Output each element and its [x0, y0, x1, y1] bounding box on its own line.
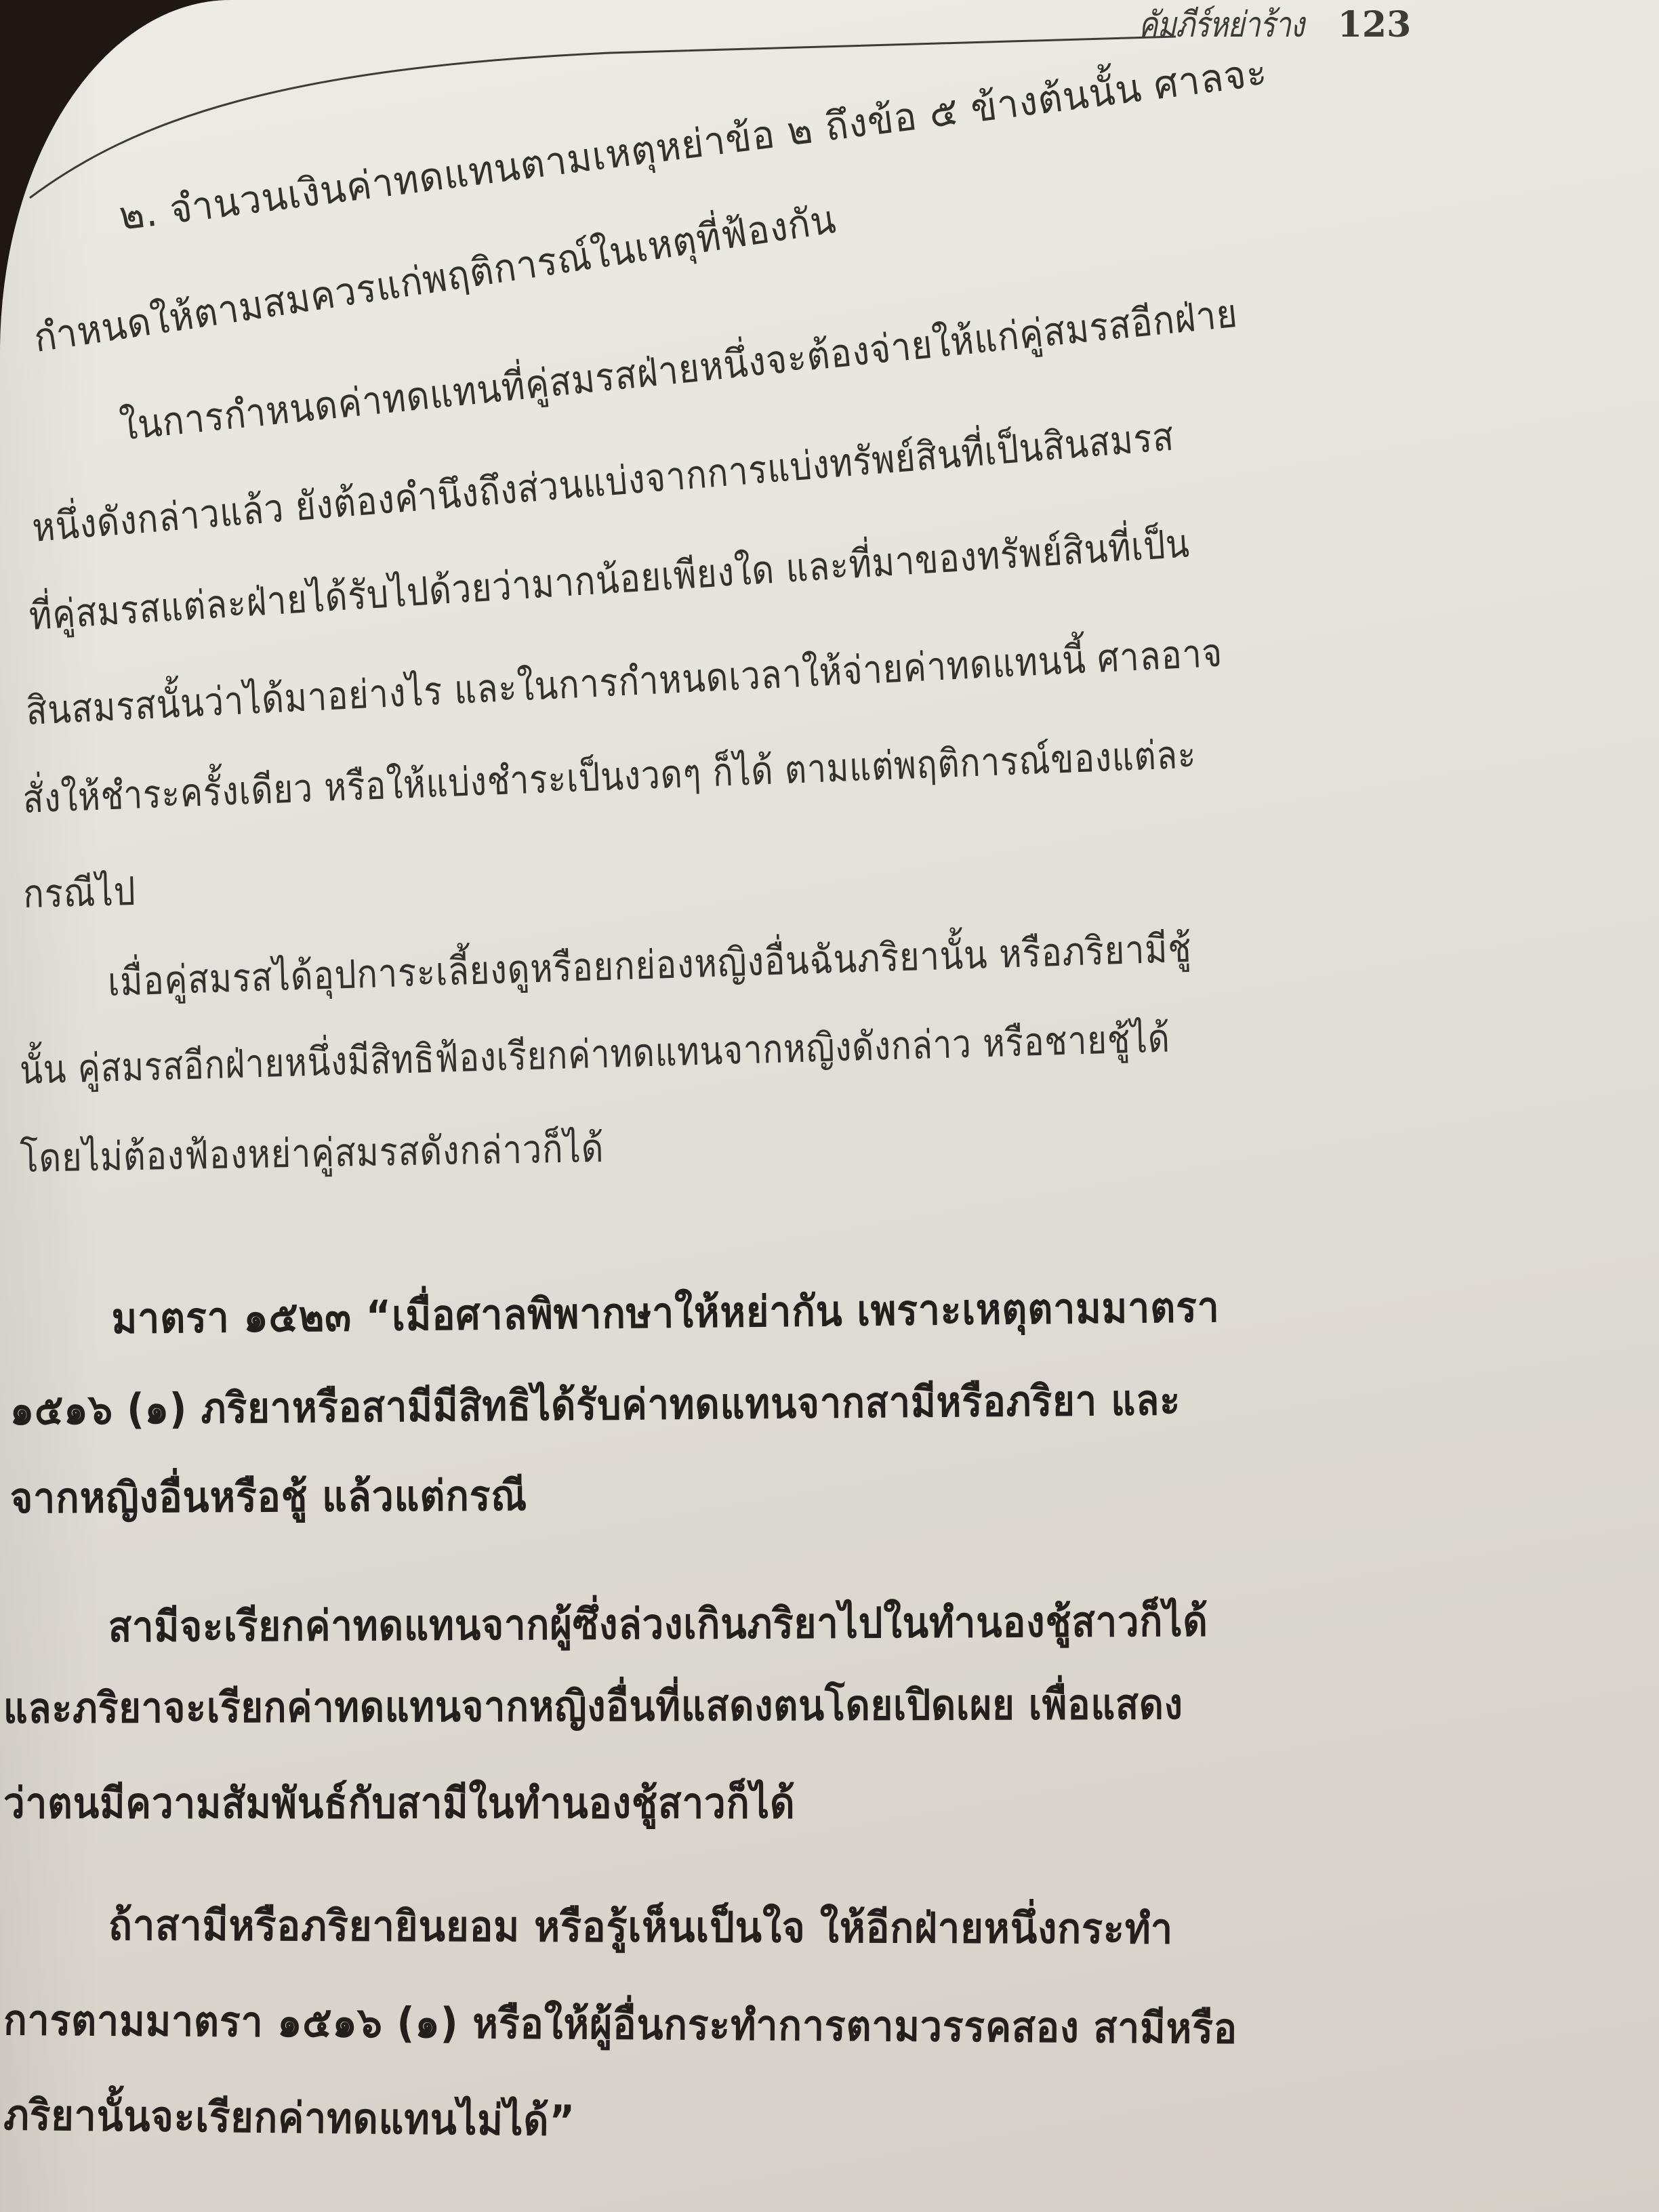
text-line: สามีจะเรียกค่าทดแทนจากผู้ซึ่งล่วงเกินภริ…: [108, 1601, 1208, 1648]
text-line: ๒. จำนวนเงินค่าทดแทนตามเหตุหย่าข้อ ๒ ถึง…: [117, 52, 1269, 236]
text-line: เมื่อคู่สมรสได้อุปการะเลี้ยงดูหรือยกย่อง…: [107, 928, 1192, 1002]
text-line: จากหญิงอื่นหรือชู้ แล้วแต่กรณี: [10, 1475, 528, 1519]
text-line: และภริยาจะเรียกค่าทดแทนจากหญิงอื่นที่แสด…: [3, 1683, 1183, 1729]
page-body: ๒. จำนวนเงินค่าทดแทนตามเหตุหย่าข้อ ๒ ถึง…: [0, 0, 1659, 2212]
photo-frame: คัมภีร์หย่าร้าง 123 ๒. จำนวนเงินค่าทดแทน…: [0, 0, 1659, 2212]
text-line: มาตรา ๑๕๒๓ “เมื่อศาลพิพากษาให้หย่ากัน เพ…: [111, 1286, 1220, 1340]
text-line: โดยไม่ต้องฟ้องหย่าคู่สมรสดังกล่าวก็ได้: [20, 1128, 605, 1178]
text-line: นั้น คู่สมรสอีกฝ่ายหนึ่งมีสิทธิฟ้องเรียก…: [19, 1019, 1170, 1090]
text-line: สั่งให้ชำระครั้งเดียว หรือให้แบ่งชำระเป็…: [22, 735, 1197, 819]
text-line: ภริยานั้นจะเรียกค่าทดแทนไม่ได้”: [3, 2094, 575, 2142]
text-line: ที่คู่สมรสแต่ละฝ่ายได้รับไปด้วยว่ามากน้อ…: [28, 523, 1191, 636]
text-line: การตามมาตรา ๑๕๑๖ (๑) หรือให้ผู้อื่นกระทำ…: [3, 1999, 1237, 2050]
text-line: ถ้าสามีหรือภริยายินยอม หรือรู้เห็นเป็นใจ…: [108, 1904, 1173, 1950]
text-line: ๑๕๑๖ (๑) ภริยาหรือสามีมีสิทธิได้รับค่าทด…: [9, 1379, 1181, 1431]
book-page: คัมภีร์หย่าร้าง 123 ๒. จำนวนเงินค่าทดแทน…: [0, 0, 1659, 2212]
text-line: ว่าตนมีความสัมพันธ์กับสามีในทำนองชู้สาวก…: [3, 1782, 796, 1824]
text-line: กรณีไป: [23, 872, 137, 914]
text-line: สินสมรสนั้นว่าได้มาอย่างไร และในการกำหนด…: [25, 633, 1223, 731]
